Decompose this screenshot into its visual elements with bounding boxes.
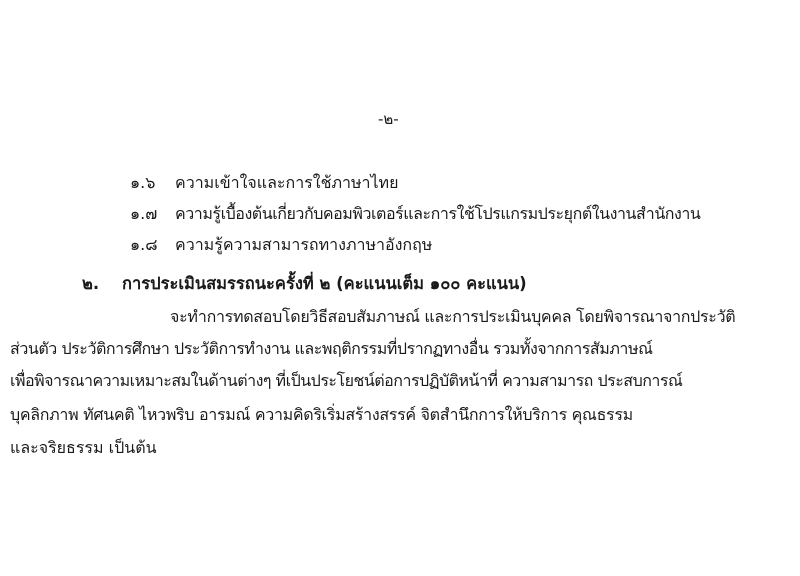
page-number: -๒- — [378, 108, 399, 130]
sub-item-text: ความเข้าใจและการใช้ภาษาไทย — [175, 173, 398, 192]
sub-item-1-6: ๑.๖ความเข้าใจและการใช้ภาษาไทย — [130, 172, 398, 194]
paragraph-line: ส่วนตัว ประวัติการศึกษา ประวัติการทำงาน … — [10, 338, 652, 360]
sub-item-1-8: ๑.๘ความรู้ความสามารถทางภาษาอังกฤษ — [130, 234, 432, 256]
paragraph-line: เพื่อพิจารณาความเหมาะสมในด้านต่างๆ ที่เป… — [10, 370, 682, 392]
section-heading: ๒.การประเมินสมรรถนะครั้งที่ ๒ (คะแนนเต็ม… — [82, 273, 527, 295]
sub-item-number: ๑.๖ — [130, 172, 175, 194]
section-title: การประเมินสมรรถนะครั้งที่ ๒ (คะแนนเต็ม ๑… — [122, 274, 527, 293]
sub-item-text: ความรู้เบื้องต้นเกี่ยวกับคอมพิวเตอร์และก… — [175, 204, 700, 223]
section-number: ๒. — [82, 273, 122, 295]
sub-item-number: ๑.๗ — [130, 203, 175, 225]
sub-item-1-7: ๑.๗ความรู้เบื้องต้นเกี่ยวกับคอมพิวเตอร์แ… — [130, 203, 700, 225]
paragraph-line: จะทำการทดสอบโดยวิธีสอบสัมภาษณ์ และการประ… — [170, 306, 735, 328]
document-page: -๒- ๑.๖ความเข้าใจและการใช้ภาษาไทย ๑.๗ควา… — [0, 0, 800, 576]
sub-item-number: ๑.๘ — [130, 234, 175, 256]
sub-item-text: ความรู้ความสามารถทางภาษาอังกฤษ — [175, 235, 432, 254]
paragraph-line: บุคลิกภาพ ทัศนคติ ไหวพริบ อารมณ์ ความคิด… — [10, 404, 633, 426]
paragraph-line: และจริยธรรม เป็นต้น — [10, 437, 157, 459]
